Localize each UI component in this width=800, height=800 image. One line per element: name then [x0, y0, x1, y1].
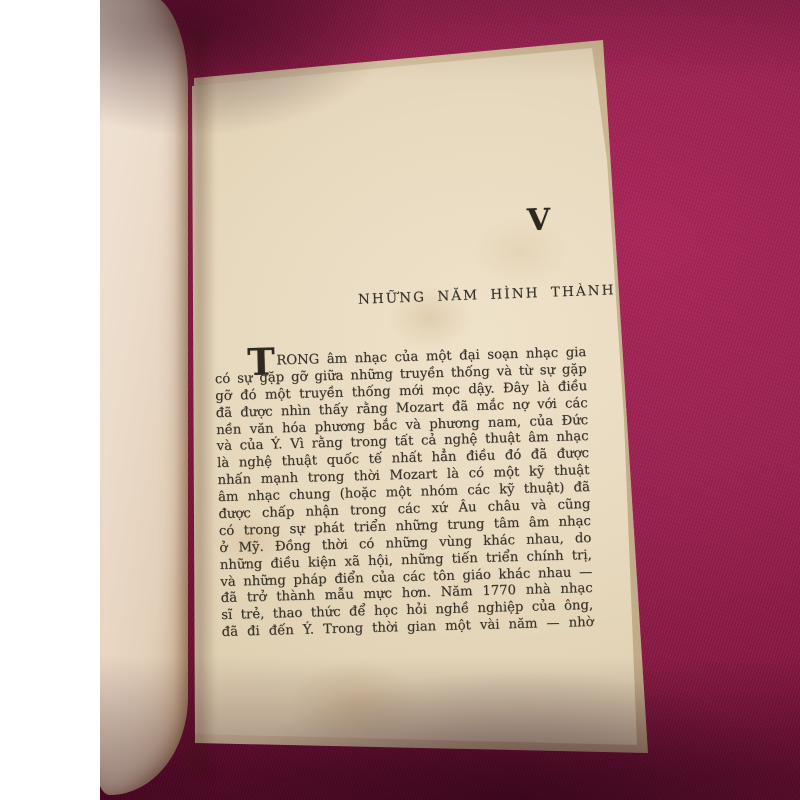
book-photo: V NHỮNG NĂM HÌNH THÀNH T RONG âm nhạc củ… [100, 0, 800, 800]
chapter-title: NHỮNG NĂM HÌNH THÀNH [358, 282, 616, 307]
photo-canvas: V NHỮNG NĂM HÌNH THÀNH T RONG âm nhạc củ… [0, 0, 800, 800]
paragraph-lines: RONG âm nhạc của một đại soạn nhạc giacó… [214, 345, 594, 642]
chapter-numeral: V [526, 203, 550, 239]
drop-cap: T [247, 343, 276, 381]
body-paragraph: T RONG âm nhạc của một đại soạn nhạc gia… [214, 345, 594, 642]
book-page: V NHỮNG NĂM HÌNH THÀNH T RONG âm nhạc củ… [100, 0, 800, 800]
left-page-curl [100, 0, 188, 795]
